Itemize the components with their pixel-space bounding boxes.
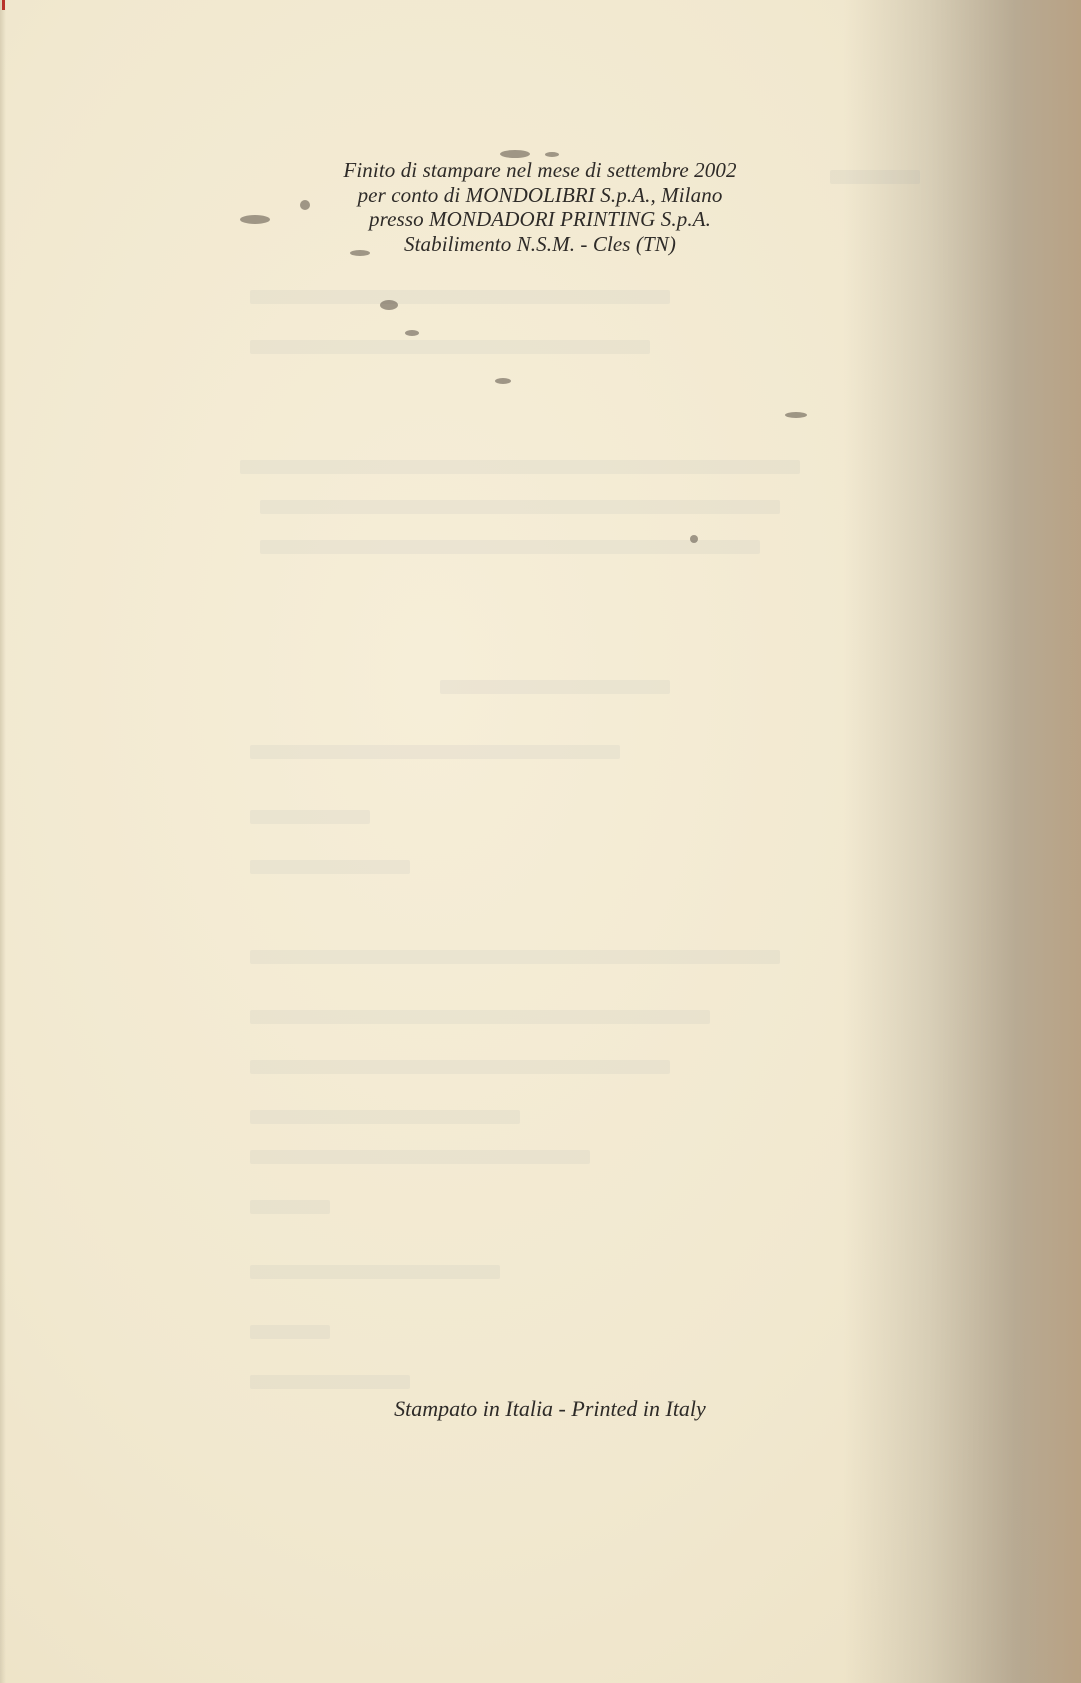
printed-in-italy: Stampato in Italia - Printed in Italy bbox=[300, 1396, 800, 1422]
colophon-line: Stabilimento N.S.M. - Cles (TN) bbox=[240, 232, 840, 257]
red-mark bbox=[2, 0, 5, 10]
colophon: Finito di stampare nel mese di settembre… bbox=[240, 158, 840, 256]
page-left-edge bbox=[0, 0, 6, 1683]
book-page: Finito di stampare nel mese di settembre… bbox=[0, 0, 1081, 1683]
colophon-line: presso MONDADORI PRINTING S.p.A. bbox=[240, 207, 840, 232]
colophon-line: per conto di MONDOLIBRI S.p.A., Milano bbox=[240, 183, 840, 208]
colophon-line: Finito di stampare nel mese di settembre… bbox=[240, 158, 840, 183]
